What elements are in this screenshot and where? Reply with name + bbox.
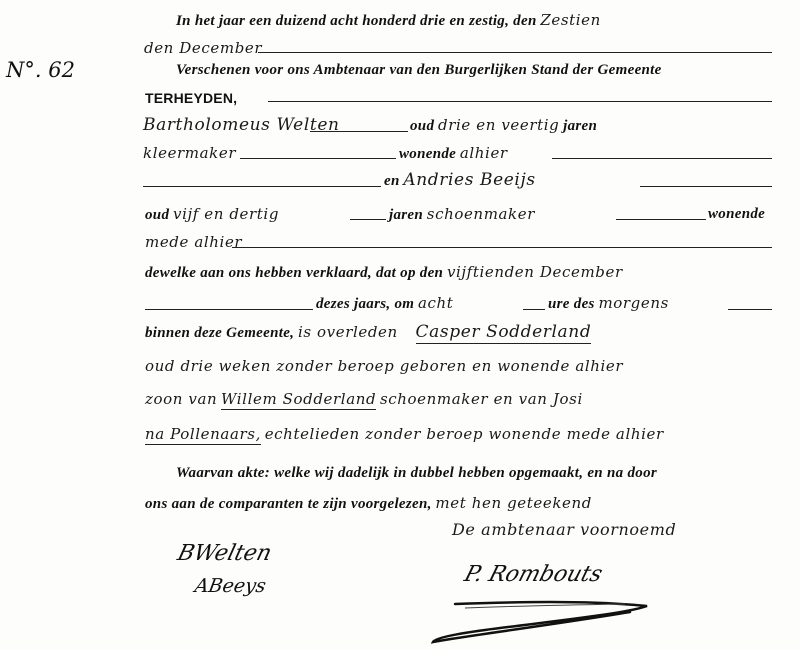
fill-rule bbox=[232, 247, 772, 248]
line-witness-1: Bartholomeus Welten bbox=[143, 115, 340, 136]
line-date-month: den December bbox=[144, 38, 262, 59]
printed-text: oud bbox=[410, 118, 434, 134]
line-witness-2-occupation: jaren schoenmaker bbox=[389, 204, 535, 225]
line-death-time: dezes jaars, om acht bbox=[316, 293, 453, 314]
printed-text: en bbox=[384, 173, 400, 189]
handwritten-day: Zestien bbox=[540, 11, 601, 29]
municipality-name: TERHEYDEN, bbox=[145, 90, 237, 106]
line-deceased: binnen deze Gemeente, is overleden Caspe… bbox=[145, 322, 591, 343]
mother-name: na Pollenaars, bbox=[145, 425, 261, 445]
witness-1-name: Bartholomeus Welten bbox=[143, 115, 340, 135]
handwritten-month: den December bbox=[144, 39, 262, 57]
deceased-details: oud drie weken zonder beroep geboren en … bbox=[145, 357, 623, 375]
line-mother: na Pollenaars, echtelieden zonder beroep… bbox=[145, 424, 664, 445]
signature-official: P. Rombouts bbox=[461, 562, 605, 587]
line-official-title: De ambtenaar voornoemd bbox=[452, 520, 676, 541]
document-page: N°. 62 In het jaar een duizend acht hond… bbox=[0, 0, 800, 650]
fill-rule bbox=[143, 186, 381, 187]
line-witness-2-residence: mede alhier bbox=[145, 232, 242, 253]
witness-2-residence: mede alhier bbox=[145, 233, 242, 251]
printed-text: ure des bbox=[548, 296, 595, 312]
death-date: vijftienden December bbox=[447, 263, 623, 281]
fill-rule bbox=[145, 309, 313, 310]
line-witness-2-residence-label: wonende bbox=[708, 204, 765, 224]
witness-2-age: vijf en dertig bbox=[173, 205, 279, 223]
printed-text: dezes jaars, om bbox=[316, 296, 414, 312]
printed-text: In het jaar een duizend acht honderd dri… bbox=[176, 13, 537, 29]
father-occupation-mother: schoenmaker en van Josi bbox=[380, 390, 583, 408]
signature-text: ABeeys bbox=[193, 575, 268, 597]
death-hour: acht bbox=[418, 294, 453, 312]
line-witness-1-age: oud drie en veertig jaren bbox=[410, 115, 597, 136]
printed-text: dewelke aan ons hebben verklaard, dat op… bbox=[145, 265, 443, 281]
fill-rule bbox=[640, 186, 772, 187]
witness-2-name: Andries Beeijs bbox=[403, 170, 535, 190]
record-number-value: 62 bbox=[48, 58, 75, 82]
printed-text: ons aan de comparanten te zijn voorgelez… bbox=[145, 496, 432, 512]
death-period: morgens bbox=[598, 294, 668, 312]
line-deceased-details: oud drie weken zonder beroep geboren en … bbox=[145, 356, 623, 377]
line-municipality: TERHEYDEN, bbox=[145, 88, 237, 109]
official-title: De ambtenaar voornoemd bbox=[452, 520, 676, 539]
signature-witness-2: ABeeys bbox=[193, 575, 268, 597]
fill-rule bbox=[552, 158, 772, 159]
died-phrase: is overleden bbox=[298, 323, 398, 341]
signature-witness-1: BWelten bbox=[175, 541, 274, 566]
son-of: zoon van bbox=[145, 390, 217, 408]
witness-1-residence: alhier bbox=[460, 144, 508, 162]
fill-rule bbox=[258, 52, 772, 53]
line-death-time-period: ure des morgens bbox=[548, 293, 669, 314]
parents-details: echtelieden zonder beroep wonende mede a… bbox=[265, 425, 664, 443]
line-parents: zoon van Willem Sodderland schoenmaker e… bbox=[145, 389, 583, 410]
fill-rule bbox=[310, 131, 408, 132]
signature-text: BWelten bbox=[175, 541, 274, 566]
printed-text: wonende bbox=[399, 146, 456, 162]
printed-text: jaren bbox=[563, 118, 597, 134]
fill-rule bbox=[728, 309, 772, 310]
fill-rule bbox=[350, 219, 386, 220]
record-number-label: N°. bbox=[6, 58, 42, 82]
fill-rule bbox=[240, 158, 396, 159]
line-declaration: dewelke aan ons hebben verklaard, dat op… bbox=[145, 262, 623, 283]
fill-rule bbox=[523, 309, 545, 310]
printed-text: Verschenen voor ons Ambtenaar van den Bu… bbox=[176, 62, 662, 78]
record-number: N°. 62 bbox=[6, 58, 75, 82]
deceased-name: Casper Sodderland bbox=[416, 322, 592, 344]
fill-rule bbox=[616, 219, 706, 220]
printed-text: jaren bbox=[389, 207, 423, 223]
witness-1-age: drie en veertig bbox=[438, 116, 559, 134]
line-closing-1: Waarvan akte: welke wij dadelijk in dubb… bbox=[176, 463, 657, 483]
line-closing-2: ons aan de comparanten te zijn voorgelez… bbox=[145, 493, 592, 514]
printed-text: wonende bbox=[708, 206, 765, 222]
line-witness-2-age: oud vijf en dertig bbox=[145, 204, 279, 225]
witness-2-occupation: schoenmaker bbox=[427, 205, 535, 223]
printed-text: Waarvan akte: welke wij dadelijk in dubb… bbox=[176, 465, 657, 481]
line-witness-2: en Andries Beeijs bbox=[384, 170, 536, 191]
signature-text: P. Rombouts bbox=[461, 562, 605, 587]
line-appeared: Verschenen voor ons Ambtenaar van den Bu… bbox=[176, 60, 662, 80]
printed-text: binnen deze Gemeente, bbox=[145, 325, 294, 341]
fill-rule bbox=[268, 101, 772, 102]
printed-text: oud bbox=[145, 207, 169, 223]
line-date-intro: In het jaar een duizend acht honderd dri… bbox=[176, 10, 601, 31]
signed-phrase: met hen geteekend bbox=[435, 494, 592, 512]
father-name: Willem Sodderland bbox=[221, 390, 376, 410]
signature-flourish bbox=[425, 600, 655, 645]
line-witness-1-occupation: kleermaker bbox=[143, 143, 236, 164]
line-witness-1-residence: wonende alhier bbox=[399, 143, 508, 164]
witness-1-occupation: kleermaker bbox=[143, 144, 236, 162]
